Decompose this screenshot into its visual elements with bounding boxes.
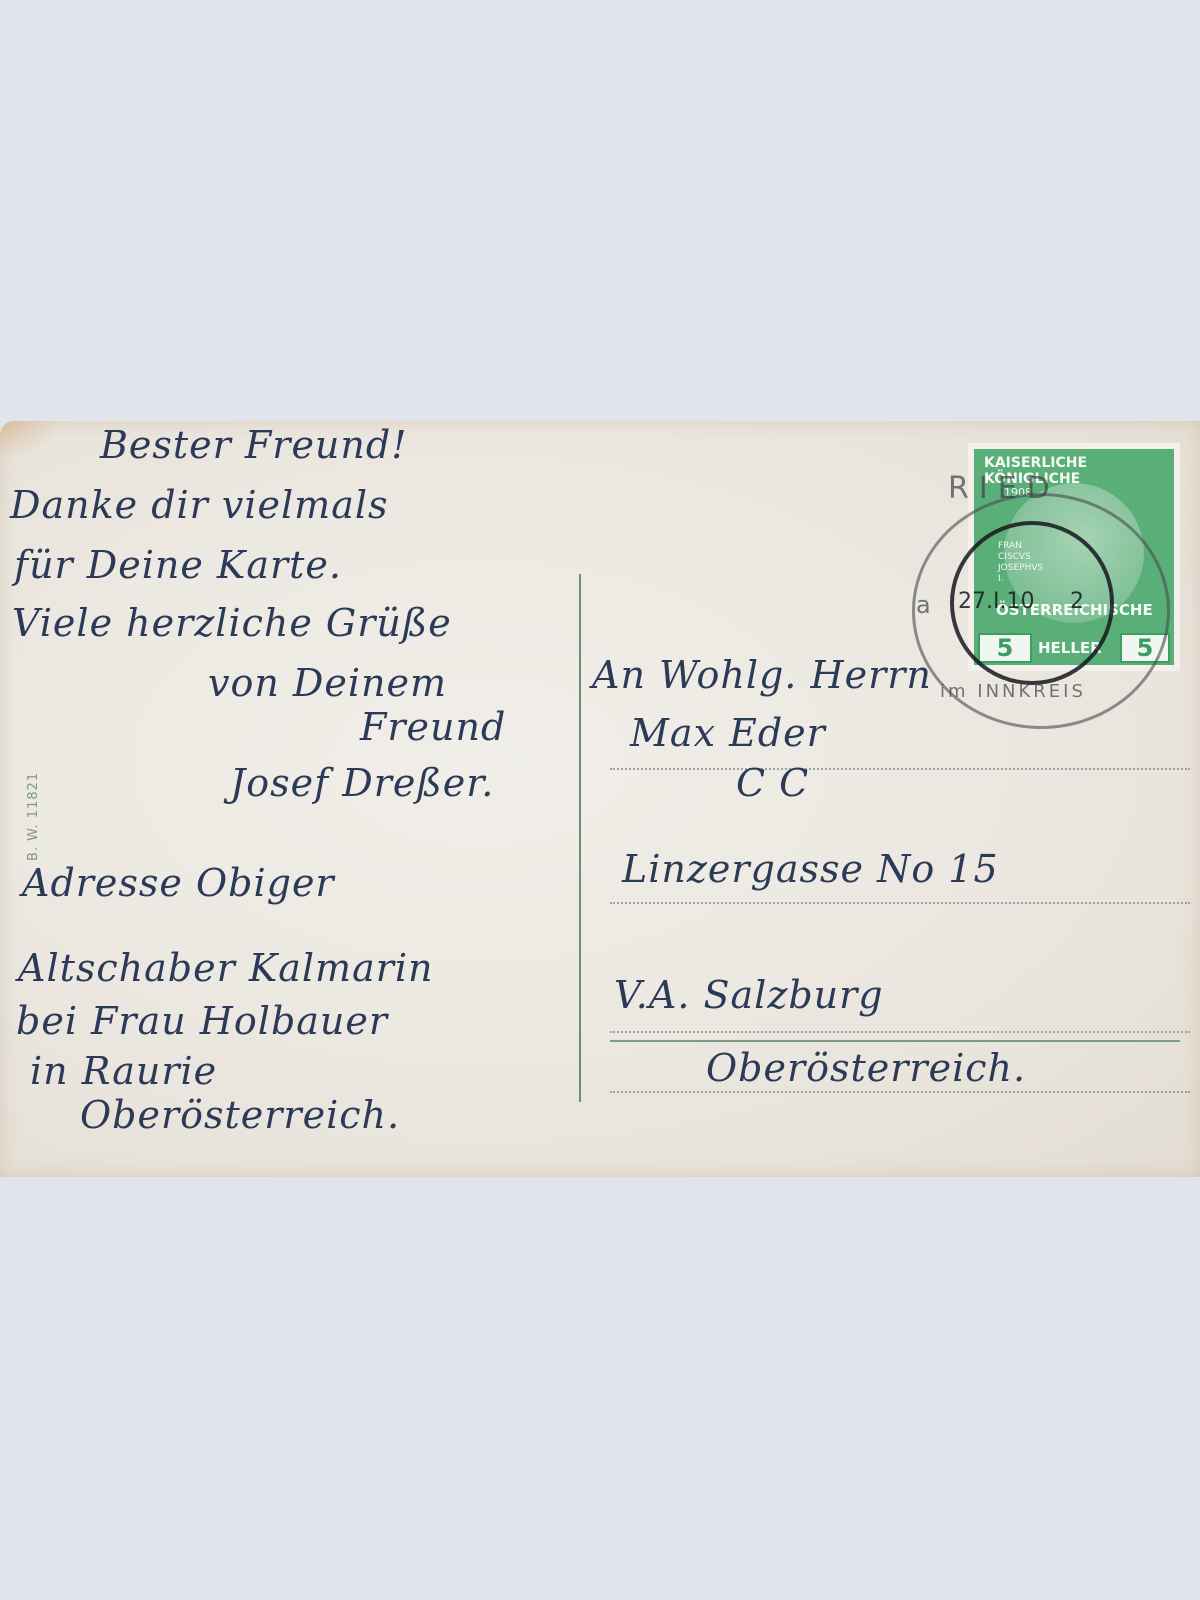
- recipient-line: An Wohlg. Herrn: [592, 653, 932, 697]
- recipient-city: V.A. Salzburg: [614, 973, 884, 1017]
- sender-address-line: Altschaber Kalmarin: [18, 946, 434, 990]
- recipient-name: Max Eder: [630, 711, 826, 755]
- message-line: für Deine Karte.: [14, 543, 342, 587]
- recipient-country: Oberösterreich.: [706, 1046, 1026, 1090]
- postmark-region: im INNKREIS: [940, 681, 1086, 702]
- sender-address-line: bei Frau Holbauer: [16, 999, 388, 1043]
- postmark-town: RIED: [948, 471, 1060, 506]
- address-line-rule: [610, 1091, 1190, 1093]
- message-line: Freund: [360, 705, 506, 749]
- message-line: Bester Freund!: [100, 423, 407, 467]
- printer-mark: B. W. 11821: [26, 772, 41, 861]
- postmark-letter: a: [916, 591, 931, 619]
- postmark-hour: 2: [1070, 589, 1084, 614]
- sender-address-line: Adresse Obiger: [22, 861, 335, 905]
- address-line-rule: [610, 768, 1190, 770]
- message-line: Viele herzliche Grüße: [12, 601, 452, 645]
- message-line: Danke dir vielmals: [10, 483, 389, 527]
- sender-address-line: in Raurie: [30, 1049, 217, 1093]
- message-signature: Josef Dreßer.: [230, 761, 494, 805]
- sender-address-line: Oberösterreich.: [80, 1093, 400, 1137]
- recipient-line: C C: [736, 761, 809, 805]
- postmark-date: 27.I.10: [958, 589, 1034, 614]
- address-underline: [610, 1040, 1180, 1042]
- divider-line: [579, 574, 581, 1102]
- address-line-rule: [610, 1031, 1190, 1033]
- address-line-rule: [610, 902, 1190, 904]
- message-line: von Deinem: [208, 661, 447, 705]
- recipient-street: Linzergasse No 15: [622, 847, 999, 891]
- postcard: Bester Freund! Danke dir vielmals für De…: [0, 421, 1200, 1177]
